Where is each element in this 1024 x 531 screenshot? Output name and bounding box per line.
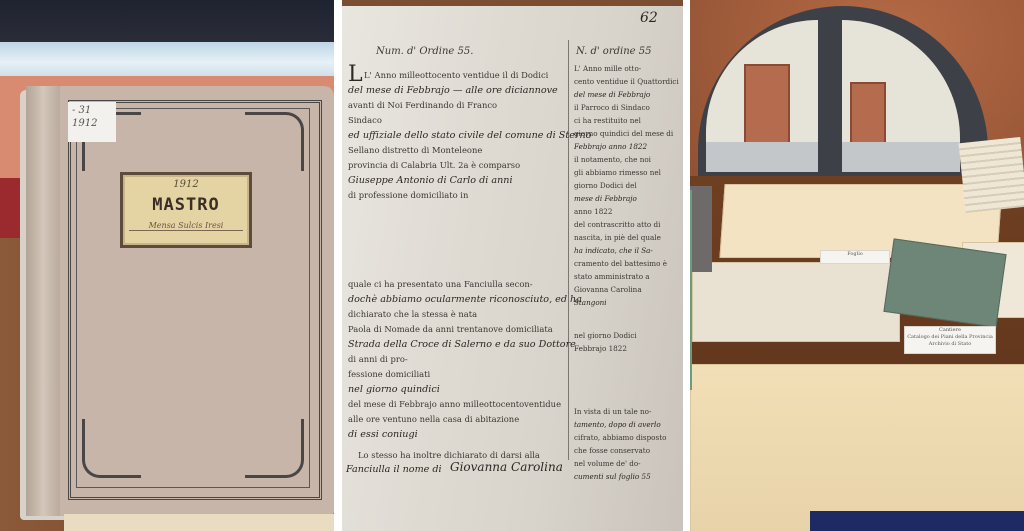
right-text-line: mese di Febbrajo xyxy=(574,194,637,203)
caption-line: Cantiere xyxy=(905,327,995,334)
green-booklet xyxy=(883,238,1006,327)
right-text-line: il Parroco di Sindaco xyxy=(574,103,650,112)
page-mark: 62 xyxy=(640,10,658,26)
document-map-left xyxy=(692,262,900,342)
right-header: N. d' ordine 55 xyxy=(576,46,651,57)
street xyxy=(706,142,818,172)
separator xyxy=(334,0,342,531)
ornament-bottom-right-icon xyxy=(245,419,304,478)
birth-certificate-photo: Num. d' Ordine 55. N. d' ordine 55 62 L … xyxy=(342,0,683,531)
right-text-line: nascita, in piè del quale xyxy=(574,233,661,242)
left-text-line: Giuseppe Antonio di Carlo di anni xyxy=(348,175,513,186)
right-text-line: Giovanna Carolina xyxy=(574,285,642,294)
right-text-line: gli abbiamo rimesso nel xyxy=(574,168,661,177)
left-text-line: fessione domiciliati xyxy=(348,369,430,379)
left-text-line: Paola di Nomade da anni trentanove domic… xyxy=(348,324,553,334)
sticker-line-2: 1912 xyxy=(72,117,112,130)
left-header: Num. d' Ordine 55. xyxy=(376,46,473,57)
left-text-line: del mese di Febbrajo — alle ore dicianno… xyxy=(348,85,558,96)
book-spine xyxy=(26,86,60,516)
red-book xyxy=(0,178,20,238)
left-text-line: Sellano distretto di Monteleone xyxy=(348,145,482,155)
display-table: Foglio Cantiere Catalogo dei Piani della… xyxy=(690,176,1024,531)
architectural-plan xyxy=(690,364,1024,531)
right-text-line: nel giorno Dodici xyxy=(574,331,637,340)
label-title: MASTRO xyxy=(123,195,249,215)
separator xyxy=(683,0,690,531)
right-text-line: Febbrajo 1822 xyxy=(574,344,627,353)
ornament-top-right-icon xyxy=(245,112,304,171)
sticker-line-1: - 31 xyxy=(72,104,112,117)
right-text-line: giorno quindici del mese di xyxy=(574,129,673,138)
left-text-line: Strada della Croce di Salerno e da suo D… xyxy=(348,339,576,350)
window-frame-side xyxy=(690,186,712,272)
ornament-bottom-left-icon xyxy=(82,419,141,478)
left-text-line: del mese di Febbrajo anno milleottocento… xyxy=(348,399,561,409)
column-divider xyxy=(568,40,569,460)
label-subtitle: Mensa Sulcis Iresi xyxy=(129,221,243,231)
right-text-line: tamento, dopo di averlo xyxy=(574,420,661,429)
right-text-line: cifrato, abbiamo disposto xyxy=(574,433,666,442)
right-text-line: anno 1822 xyxy=(574,207,612,216)
left-text-line: quale ci ha presentato una Fanciulla sec… xyxy=(348,279,533,289)
right-text-line: ci ha restituito nel xyxy=(574,116,641,125)
footer-line-2: Fanciulla il nome di xyxy=(346,464,442,475)
right-text-line: che fosse conservato xyxy=(574,446,650,455)
left-text-line: alle ore ventuno nella casa di abitazion… xyxy=(348,414,519,424)
left-text-line: Sindaco xyxy=(348,115,382,125)
footer-line-1: Lo stesso ha inoltre dichiarato di darsi… xyxy=(358,450,540,460)
window-sill xyxy=(0,42,334,76)
right-text-line: cento ventidue il Quattordici xyxy=(574,77,679,86)
caption-card-large: Cantiere Catalogo dei Piani della Provin… xyxy=(904,326,996,354)
archive-display-photo: Foglio Cantiere Catalogo dei Piani della… xyxy=(690,0,1024,531)
right-text-line: del contrascritto atto di xyxy=(574,220,660,229)
left-text-line: L' Anno milleottocento ventidue il di Do… xyxy=(364,70,548,80)
right-text-line: cumenti sul foglio 55 xyxy=(574,472,651,481)
certificate-page: Num. d' Ordine 55. N. d' ordine 55 62 L … xyxy=(342,0,683,531)
right-text-line: del mese di Febbrajo xyxy=(574,90,650,99)
right-text-line: giorno Dodici del xyxy=(574,181,637,190)
left-text-line: dichiarato che la stessa è nata xyxy=(348,309,477,319)
paper-under-book xyxy=(64,514,334,531)
right-text-line: ha indicato, che il Sa- xyxy=(574,246,653,255)
building-door xyxy=(744,64,790,148)
caption-line: Catalogo dei Piani della Provincia xyxy=(905,334,995,341)
street xyxy=(842,142,960,172)
left-text-line: dochè abbiamo ocularmente riconosciuto, … xyxy=(348,294,582,305)
right-text-line: il notamento, che noi xyxy=(574,155,651,164)
drop-cap: L xyxy=(348,62,363,87)
right-text-line: Febbrajo anno 1822 xyxy=(574,142,647,151)
left-text-line: di essi coniugi xyxy=(348,429,418,440)
right-text-line: In vista di un tale no- xyxy=(574,407,651,416)
catalog-sticker: - 31 1912 xyxy=(68,102,116,142)
given-name-signature: Giovanna Carolina xyxy=(450,460,563,474)
left-text-line: di professione domiciliato in xyxy=(348,190,468,200)
caption-card-small: Foglio xyxy=(820,250,890,264)
left-text-line: avanti di Noi Ferdinando di Franco xyxy=(348,100,497,110)
right-text-line: L' Anno mille otto- xyxy=(574,64,641,73)
right-text-line: stato amministrato a xyxy=(574,272,650,281)
cover-label: 1912 MASTRO Mensa Sulcis Iresi xyxy=(120,172,252,248)
floor xyxy=(810,511,1024,531)
label-year: 1912 xyxy=(123,179,249,190)
left-text-line: provincia di Calabria Ult. 2a è comparso xyxy=(348,160,520,170)
left-text-line: nel giorno quindici xyxy=(348,384,440,395)
right-text-line: cramento del battesimo è xyxy=(574,259,667,268)
edge-strip xyxy=(690,190,692,390)
ledger-book: 1912 MASTRO Mensa Sulcis Iresi xyxy=(26,86,334,516)
document-stack xyxy=(959,137,1024,213)
caption-line: Archivio di Stato xyxy=(905,341,995,348)
table-edge xyxy=(342,0,683,6)
right-text-line: nel volume de' do- xyxy=(574,459,641,468)
dark-ceiling xyxy=(0,0,334,42)
left-text-line: di anni di pro- xyxy=(348,354,408,364)
left-text-line: ed uffiziale dello stato civile del comu… xyxy=(348,130,591,141)
right-text-line: Stangoni xyxy=(574,298,607,307)
ledger-book-photo: 1912 MASTRO Mensa Sulcis Iresi - 31 1912 xyxy=(0,0,334,531)
